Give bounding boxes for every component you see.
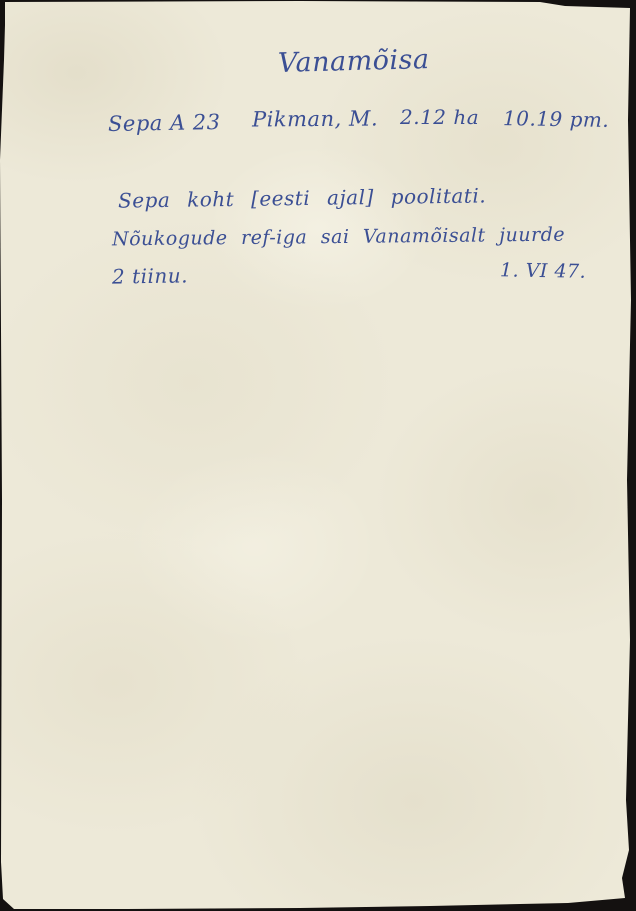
owner-name: Pikman, M. bbox=[252, 106, 378, 131]
note-line-1: Sepa koht [eesti ajal] poolitati. bbox=[118, 183, 486, 212]
note-date: 1. VI 47. bbox=[500, 259, 587, 283]
note-line-2: Nõukogude ref-iga sai Vanamõisalt juurde bbox=[112, 224, 565, 251]
card-title: Vanamõisa bbox=[278, 44, 430, 79]
area-pm: 10.19 pm. bbox=[503, 106, 610, 132]
scan-backing: Vanamõisa Sepa A 23 Pikman, M. 2.12 ha 1… bbox=[0, 0, 636, 911]
area-hectares: 2.12 ha bbox=[400, 105, 479, 129]
farm-name-and-number: Sepa A 23 bbox=[108, 110, 221, 136]
index-card: Vanamõisa Sepa A 23 Pikman, M. 2.12 ha 1… bbox=[0, 0, 636, 911]
note-line-3: 2 tiinu. bbox=[112, 263, 188, 288]
